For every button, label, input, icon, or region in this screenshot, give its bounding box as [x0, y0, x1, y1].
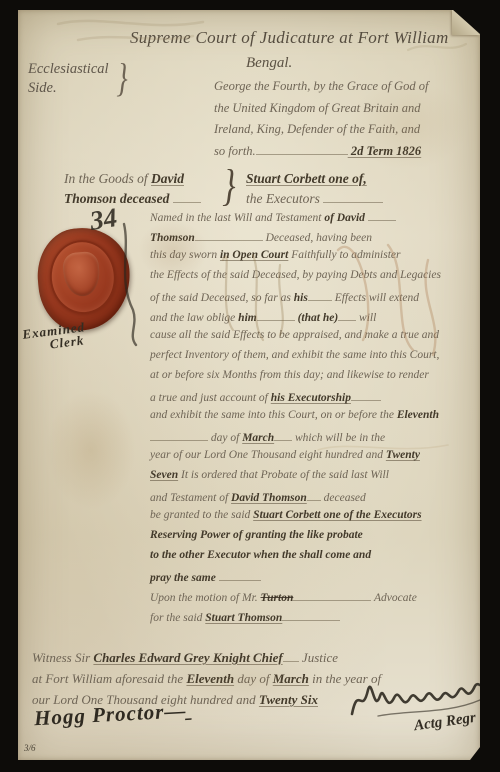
- blank-rule: [219, 569, 261, 581]
- text-line: this day sworn in Open Court Faithfully …: [150, 249, 441, 269]
- filled-in-text: Thomson: [150, 232, 195, 244]
- filled-in-text: Reserving Power of granting the like pro…: [150, 529, 363, 541]
- form-text: Upon the motion of Mr.: [150, 592, 261, 604]
- form-text: George the Fourth, by the Grace of God o…: [214, 79, 428, 93]
- blank-rule: [257, 309, 295, 321]
- form-text: year of our Lord One Thousand eight hund…: [150, 449, 386, 461]
- form-text: the United Kingdom of Great Britain and: [214, 101, 420, 115]
- filled-in-text: Eleventh: [186, 671, 234, 686]
- blank-rule: [195, 229, 263, 241]
- filled-in-text: his Executorship: [271, 392, 351, 404]
- margin-note-brace: }: [116, 54, 127, 101]
- filled-in-text: his: [294, 292, 308, 304]
- filled-in-text: Stuart Corbett one of the Executors: [253, 509, 421, 521]
- filled-in-text: Thomson deceased: [64, 191, 173, 206]
- text-line: and Testament of David Thomson deceased: [150, 489, 441, 509]
- form-text: be granted to the said: [150, 509, 253, 521]
- text-line: Named in the last Will and Testament of …: [150, 209, 441, 229]
- examiner-signature-line: Clerk: [49, 333, 87, 350]
- paper-stain: [46, 390, 136, 510]
- filled-in-text: pray the same: [150, 572, 219, 584]
- form-text: Advocate: [371, 592, 416, 604]
- blank-rule: [323, 191, 383, 203]
- text-line: cause all the said Effects to be apprais…: [150, 329, 441, 349]
- filled-in-text: David Thomson: [231, 492, 307, 504]
- text-line: at Fort William aforesaid the Eleventh d…: [32, 671, 381, 692]
- filled-in-text: in Open Court: [220, 249, 288, 261]
- text-line: and the law oblige him (that he) will: [150, 309, 441, 329]
- text-line: George the Fourth, by the Grace of God o…: [214, 76, 428, 98]
- filled-in-text: to the other Executor when the shall com…: [150, 549, 371, 561]
- form-text: In the Goods of: [64, 171, 151, 186]
- text-line: for the said Stuart Thomson: [150, 609, 441, 629]
- text-line: pray the same: [150, 569, 441, 589]
- caption-brace: }: [222, 160, 235, 211]
- text-line: Seven It is ordered that Probate of the …: [150, 469, 441, 489]
- filled-in-text: Twenty: [386, 449, 420, 461]
- form-text: perfect Inventory of them, and exhibit t…: [150, 349, 439, 361]
- caption-in-the-goods-of: In the Goods of DavidThomson deceased: [64, 167, 201, 207]
- text-line: the Executors: [246, 187, 383, 207]
- filled-in-text: him: [238, 312, 257, 324]
- text-line: year of our Lord One Thousand eight hund…: [150, 449, 441, 469]
- blank-rule: [293, 589, 371, 601]
- text-line: the United Kingdom of Great Britain and: [214, 98, 428, 120]
- blank-rule: [338, 309, 356, 321]
- examiner-signature: Examined Clerk: [22, 320, 88, 353]
- form-text: of the said Deceased, so far as: [150, 292, 294, 304]
- royal-style-paragraph: George the Fourth, by the Grace of God o…: [214, 76, 428, 162]
- form-text: Ireland, King, Defender of the Faith, an…: [214, 122, 420, 136]
- text-line: to the other Executor when the shall com…: [150, 549, 441, 569]
- signature-flourish: ​—ˍ: [164, 698, 195, 724]
- form-text: and Testament of: [150, 492, 231, 504]
- form-text: the Executors: [246, 191, 323, 206]
- filled-in-text: (that he): [295, 312, 338, 324]
- form-text: Faithfully to administer: [288, 249, 400, 261]
- caption-executor: Stuart Corbett one of,the Executors: [246, 167, 383, 207]
- margin-note-line: Ecclesiastical: [28, 60, 109, 79]
- screenshot-root: { "palette":{ "background":"#0d0c09", "p…: [0, 0, 500, 772]
- text-line: the Effects of the said Deceased, by pay…: [150, 269, 441, 289]
- blank-rule: [351, 389, 381, 401]
- form-text: Witness Sir: [32, 650, 93, 665]
- filled-in-text: Turton: [261, 592, 294, 604]
- form-text: cause all the said Effects to be apprais…: [150, 329, 439, 341]
- blank-rule: [308, 289, 332, 301]
- form-text: a true and just account of: [150, 392, 271, 404]
- court-title: Supreme Court of Judicature at Fort Will…: [130, 28, 449, 48]
- filled-in-text: Charles Edward Grey Knight Chief: [93, 650, 282, 665]
- document-paper: Supreme Court of Judicature at Fort Will…: [18, 10, 480, 760]
- text-line: Ireland, King, Defender of the Faith, an…: [214, 119, 428, 141]
- margin-note-ecclesiastical-side: Ecclesiastical Side.: [28, 60, 109, 98]
- text-line: perfect Inventory of them, and exhibit t…: [150, 349, 441, 369]
- form-text: this day sworn: [150, 249, 220, 261]
- filled-in-text: Twenty Six: [259, 692, 318, 707]
- text-line: Upon the motion of Mr. Turton Advocate: [150, 589, 441, 609]
- text-line: of the said Deceased, so far as his Effe…: [150, 289, 441, 309]
- blank-rule: [368, 209, 396, 221]
- form-text: so forth.: [214, 144, 256, 158]
- text-line: Reserving Power of granting the like pro…: [150, 529, 441, 549]
- form-text: which will be in the: [292, 432, 385, 444]
- text-line: Stuart Corbett one of,: [246, 167, 383, 187]
- filled-in-text: March: [273, 671, 309, 686]
- blank-rule: [283, 650, 299, 662]
- form-text: day of: [208, 432, 242, 444]
- text-line: Thomson deceased: [64, 187, 201, 207]
- form-text: Effects will extend: [332, 292, 419, 304]
- form-text: deceased: [321, 492, 366, 504]
- margin-note-line: Side.: [28, 79, 109, 98]
- filled-in-text: David: [151, 171, 184, 186]
- text-line: be granted to the said Stuart Corbett on…: [150, 509, 441, 529]
- ink-number-mark: 34: [88, 202, 120, 237]
- form-text: at Fort William aforesaid the: [32, 671, 186, 686]
- filled-in-text: 2d Term 1826: [348, 144, 422, 158]
- text-line: so forth. 2d Term 1826: [214, 141, 428, 163]
- filled-in-text: Eleventh: [397, 409, 439, 421]
- corner-fee-mark: 3/6: [24, 743, 36, 753]
- form-text: Named in the last Will and Testament: [150, 212, 324, 224]
- form-text: day of: [234, 671, 273, 686]
- form-text: and the law oblige: [150, 312, 238, 324]
- text-line: Witness Sir Charles Edward Grey Knight C…: [32, 650, 381, 671]
- filled-in-text: of David: [324, 212, 367, 224]
- form-text: will: [356, 312, 376, 324]
- text-line: day of March which will be in the: [150, 429, 441, 449]
- blank-rule: [173, 191, 201, 203]
- form-text: Deceased, having been: [263, 232, 372, 244]
- text-line: a true and just account of his Executors…: [150, 389, 441, 409]
- text-line: at or before six Months from this day; a…: [150, 369, 441, 389]
- form-text: the Effects of the said Deceased, by pay…: [150, 269, 441, 281]
- probate-body-text: Named in the last Will and Testament of …: [150, 209, 441, 629]
- filled-in-text: Stuart Thomson: [205, 612, 282, 624]
- blank-rule: [256, 143, 348, 155]
- filled-in-text: Stuart Corbett one of,: [246, 171, 367, 186]
- form-text: at or before six Months from this day; a…: [150, 369, 429, 381]
- form-text: It is ordered that Probate of the said l…: [178, 469, 389, 481]
- form-text: for the said: [150, 612, 205, 624]
- folded-corner: [452, 10, 480, 35]
- text-line: In the Goods of David: [64, 167, 201, 187]
- text-line: Thomson Deceased, having been: [150, 229, 441, 249]
- blank-rule: [150, 429, 208, 441]
- text-line: and exhibit the same into this Court, on…: [150, 409, 441, 429]
- form-text: Justice: [299, 650, 338, 665]
- blank-rule: [274, 429, 292, 441]
- wax-seal: [34, 224, 135, 334]
- court-subtitle: Bengal.: [246, 55, 292, 72]
- filled-in-text: Seven: [150, 469, 178, 481]
- form-text: and exhibit the same into this Court, on…: [150, 409, 397, 421]
- blank-rule: [307, 489, 321, 501]
- filled-in-text: March: [242, 432, 274, 444]
- blank-rule: [282, 609, 340, 621]
